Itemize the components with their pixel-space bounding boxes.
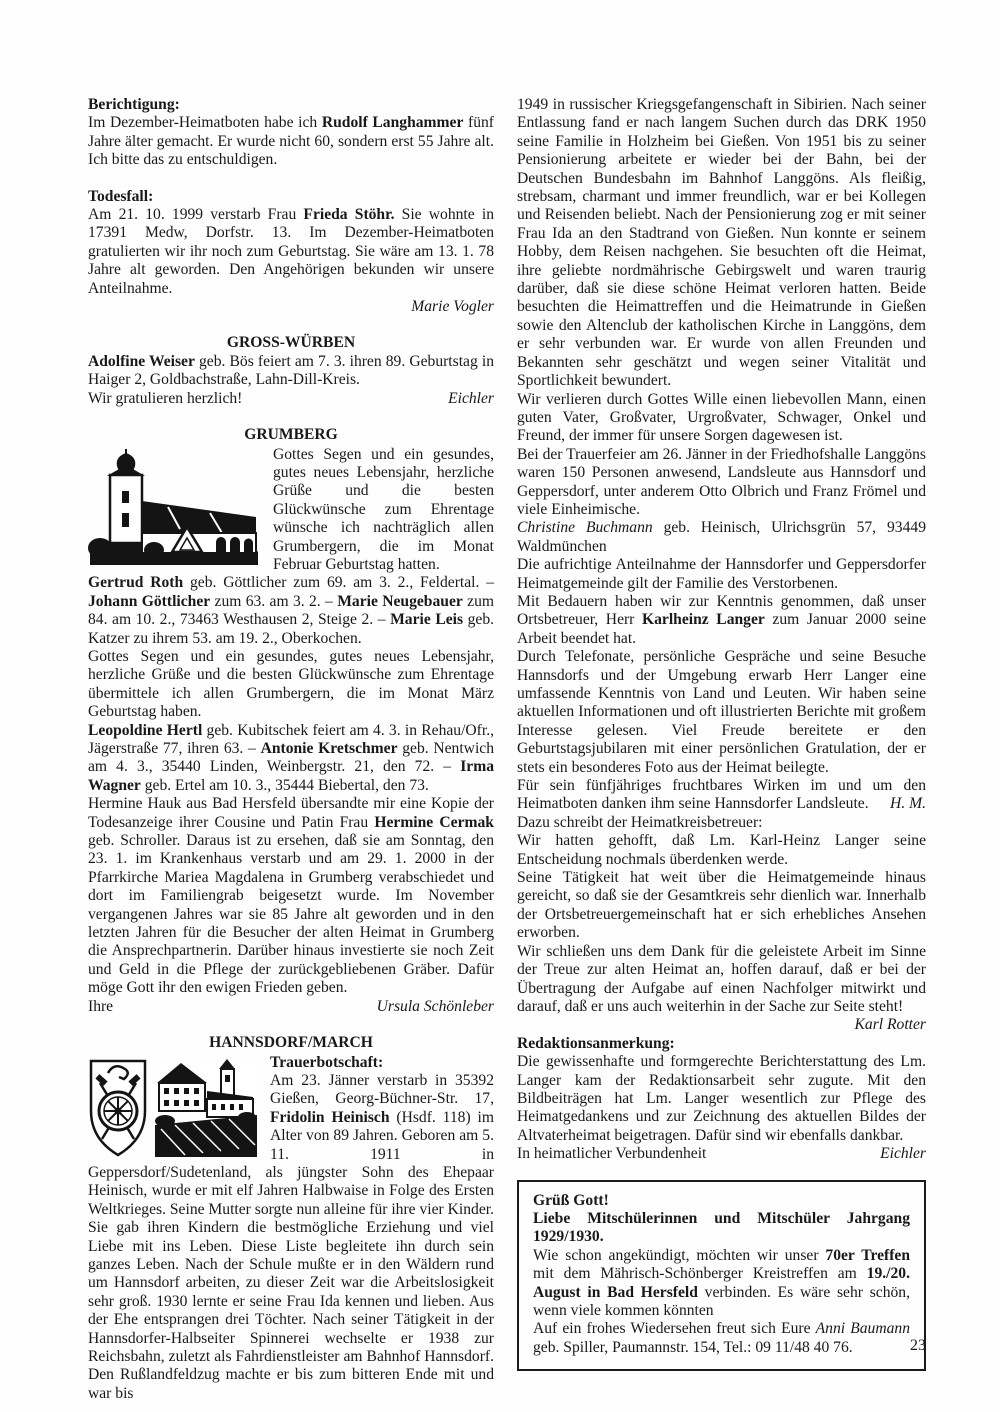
- grumberg-church-engraving: [88, 449, 260, 565]
- heimatkreisbetreuer-praise: Seine Tätigkeit hat weit über die Heimat…: [517, 869, 926, 943]
- hannsdorf-coat-of-arms: [88, 1057, 148, 1159]
- obituary-family-tribute: Wir verlieren durch Gottes Wille einen l…: [517, 391, 926, 446]
- redaktion-closing-line: In heimatlicher Verbundenheit Eichler: [517, 1145, 926, 1163]
- obituary-funeral-report: Bei der Trauerfeier am 26. Jänner in der…: [517, 446, 926, 520]
- hannsdorf-heading: HANNSDORF/MARCH: [88, 1034, 494, 1052]
- hannsdorf-images: [88, 1057, 257, 1159]
- right-column: 1949 in russischer Kriegsgefangenschaft …: [517, 96, 926, 1371]
- gross-wuerben-closing-line: Wir gratulieren herzlich! Eichler: [88, 390, 494, 408]
- redaktion-closing: In heimatlicher Verbundenheit: [517, 1145, 706, 1163]
- page-number: 23: [517, 1337, 926, 1355]
- heimatkreisbetreuer-hope: Wir hatten gehofft, daß Lm. Karl-Heinz L…: [517, 832, 926, 869]
- heimatkreisbetreuer-thanks: Wir schließen uns dem Dank für die gelei…: [517, 943, 926, 1017]
- grumberg-march-birthdays: Leopoldine Hertl geb. Kubitschek feiert …: [88, 722, 494, 796]
- rotter-signature: Karl Rotter: [517, 1016, 926, 1034]
- obituary-contact: Christine Buchmann geb. Heinisch, Ulrich…: [517, 519, 926, 556]
- grumberg-heading: GRUMBERG: [88, 426, 494, 444]
- langer-work-description: Durch Telefonate, persönliche Gespräche …: [517, 648, 926, 777]
- left-column: Berichtigung: Im Dezember-Heimatboten ha…: [88, 96, 494, 1403]
- notice-meeting-details: Wie schon angekündigt, möchten wir unser…: [533, 1247, 910, 1321]
- grumberg-closing: Ihre: [88, 998, 113, 1016]
- hannsdorf-town-view-engraving: [155, 1057, 257, 1157]
- notice-addressees: Liebe Mitschülerinnen und Mitschüler Jah…: [533, 1210, 910, 1247]
- grumberg-closing-line: Ihre Ursula Schönleber: [88, 998, 494, 1016]
- obituary-continuation: 1949 in russischer Kriegsgefangenschaft …: [517, 96, 926, 391]
- redaktionsanmerkung-heading: Redaktionsanmerkung:: [517, 1035, 926, 1053]
- grumberg-signature: Ursula Schönleber: [377, 998, 494, 1016]
- grumberg-march-intro: Gottes Segen und ein gesundes, gutes neu…: [88, 648, 494, 722]
- redaktionsanmerkung-text: Die gewissenhafte und formgerechte Beric…: [517, 1053, 926, 1145]
- gross-wuerben-signature: Eichler: [448, 390, 494, 408]
- heimatkreisbetreuer-intro: Dazu schreibt der Heimatkreisbetreuer:: [517, 814, 926, 832]
- todesfall-heading: Todesfall:: [88, 188, 494, 206]
- eichler-signature: Eichler: [880, 1145, 926, 1163]
- langer-thanks: Für sein fünfjähriges fruchtbares Wirken…: [517, 777, 926, 814]
- grumberg-february-birthdays: Gertrud Roth geb. Göttlicher zum 69. am …: [88, 574, 494, 648]
- todesfall-text: Am 21. 10. 1999 verstarb Frau Frieda Stö…: [88, 206, 494, 298]
- newsletter-page: Berichtigung: Im Dezember-Heimatboten ha…: [0, 0, 1000, 1412]
- todesfall-signature: Marie Vogler: [88, 298, 494, 316]
- berichtigung-heading: Berichtigung:: [88, 96, 494, 114]
- notice-greeting: Grüß Gott!: [533, 1192, 910, 1210]
- gross-wuerben-closing: Wir gratulieren herzlich!: [88, 390, 242, 408]
- gross-wuerben-heading: GROSS-WÜRBEN: [88, 334, 494, 352]
- hm-signature: H. M.: [890, 795, 926, 813]
- grumberg-cermak-text: Hermine Hauk aus Bad Hersfeld übersandte…: [88, 795, 494, 997]
- obituary-condolence: Die aufrichtige Anteilnahme der Hannsdor…: [517, 556, 926, 593]
- berichtigung-text: Im Dezember-Heimatboten habe ich Rudolf …: [88, 114, 494, 169]
- gross-wuerben-text: Adolfine Weiser geb. Bös feiert am 7. 3.…: [88, 353, 494, 390]
- langer-resignation: Mit Bedauern haben wir zur Kenntnis geno…: [517, 593, 926, 648]
